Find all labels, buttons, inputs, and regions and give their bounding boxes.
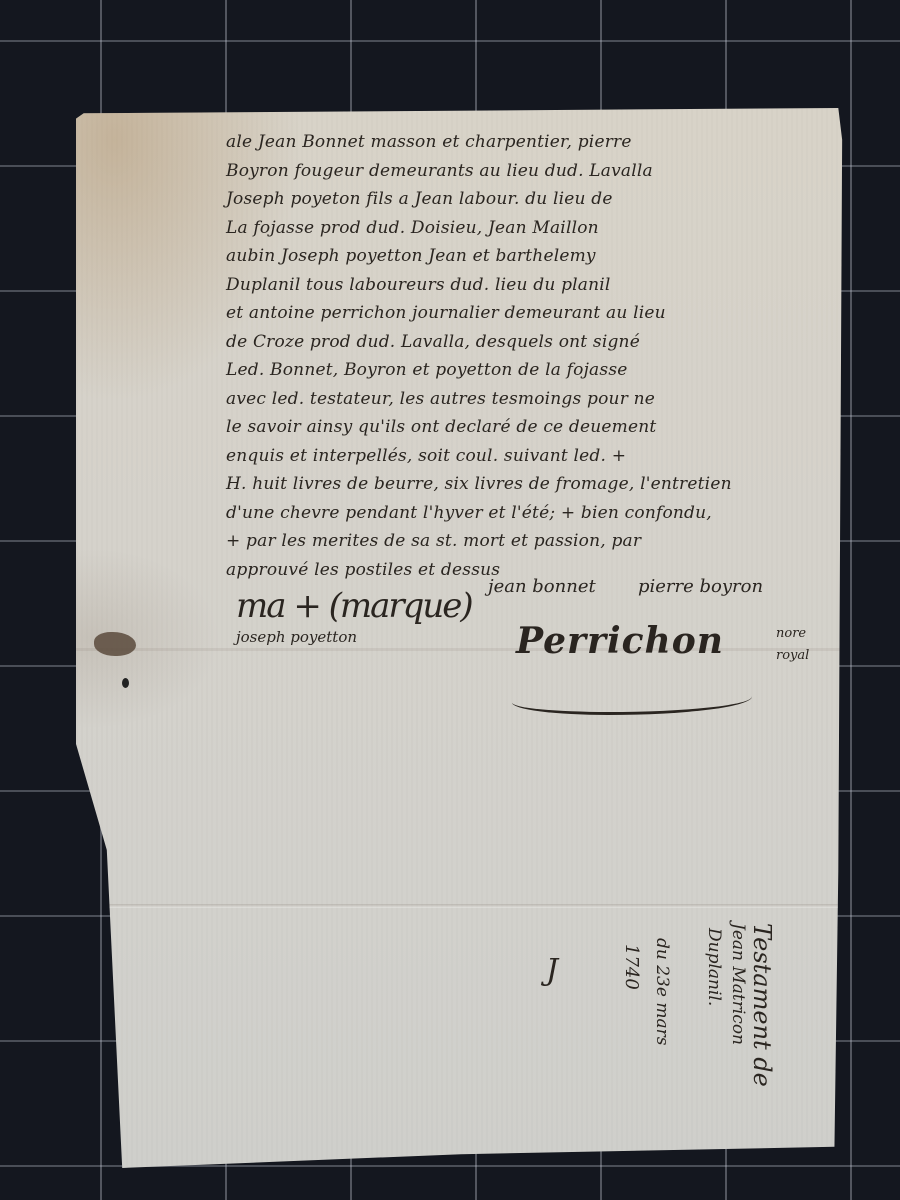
text-line: H. huit livres de beurre, six livres de … xyxy=(226,470,732,499)
ink-dot xyxy=(122,678,129,688)
text-line: + par les merites de sa st. mort et pass… xyxy=(226,527,732,556)
signature-joseph-poyetton: joseph poyetton xyxy=(236,628,357,646)
manuscript-page: ale Jean Bonnet masson et charpentier, p… xyxy=(76,108,846,1168)
signature-flourish xyxy=(512,684,752,715)
ink-stain xyxy=(94,632,136,656)
signature-jean-bonnet: jean bonnet xyxy=(488,576,596,597)
endorsement-name-1: Jean Matricon xyxy=(728,923,748,1045)
text-line: aubin Joseph poyetton Jean et barthelemy xyxy=(226,242,732,271)
text-line: avec led. testateur, les autres tesmoing… xyxy=(226,385,732,414)
text-line: de Croze prod dud. Lavalla, desquels ont… xyxy=(226,328,732,357)
signature-pierre-boyron: pierre boyron xyxy=(638,576,763,597)
text-line: le savoir ainsy qu'ils ont declaré de ce… xyxy=(226,413,732,442)
text-line: enquis et interpellés, soit coul. suivan… xyxy=(226,442,732,471)
text-line: et antoine perrichon journalier demeuran… xyxy=(226,299,732,328)
signature-notary: Perrichon xyxy=(516,620,724,662)
fold-line-upper xyxy=(76,648,846,651)
text-line: Duplanil tous laboureurs dud. lieu du pl… xyxy=(226,271,732,300)
text-line: Led. Bonnet, Boyron et poyetton de la fo… xyxy=(226,356,732,385)
endorsement-year: 1740 xyxy=(621,944,642,990)
endorsement-name-2: Duplanil. xyxy=(704,928,724,1006)
fold-line xyxy=(76,904,846,908)
notary-title: nore royal xyxy=(776,623,809,667)
endorsement-title: Testament de xyxy=(748,923,776,1087)
endorsement-date: du 23e mars xyxy=(652,938,672,1045)
signature-mark: ma + (marque) xyxy=(236,586,472,626)
text-line: d'une chevre pendant l'hyver et l'été; +… xyxy=(226,499,732,528)
text-line: Joseph poyeton fils a Jean labour. du li… xyxy=(226,185,732,214)
body-text: ale Jean Bonnet masson et charpentier, p… xyxy=(226,128,732,584)
text-line: ale Jean Bonnet masson et charpentier, p… xyxy=(226,128,732,157)
endorsement-initial: J xyxy=(546,953,558,988)
text-line: Boyron fougeur demeurants au lieu dud. L… xyxy=(226,157,732,186)
text-line: La fojasse prod dud. Doisieu, Jean Maill… xyxy=(226,214,732,243)
